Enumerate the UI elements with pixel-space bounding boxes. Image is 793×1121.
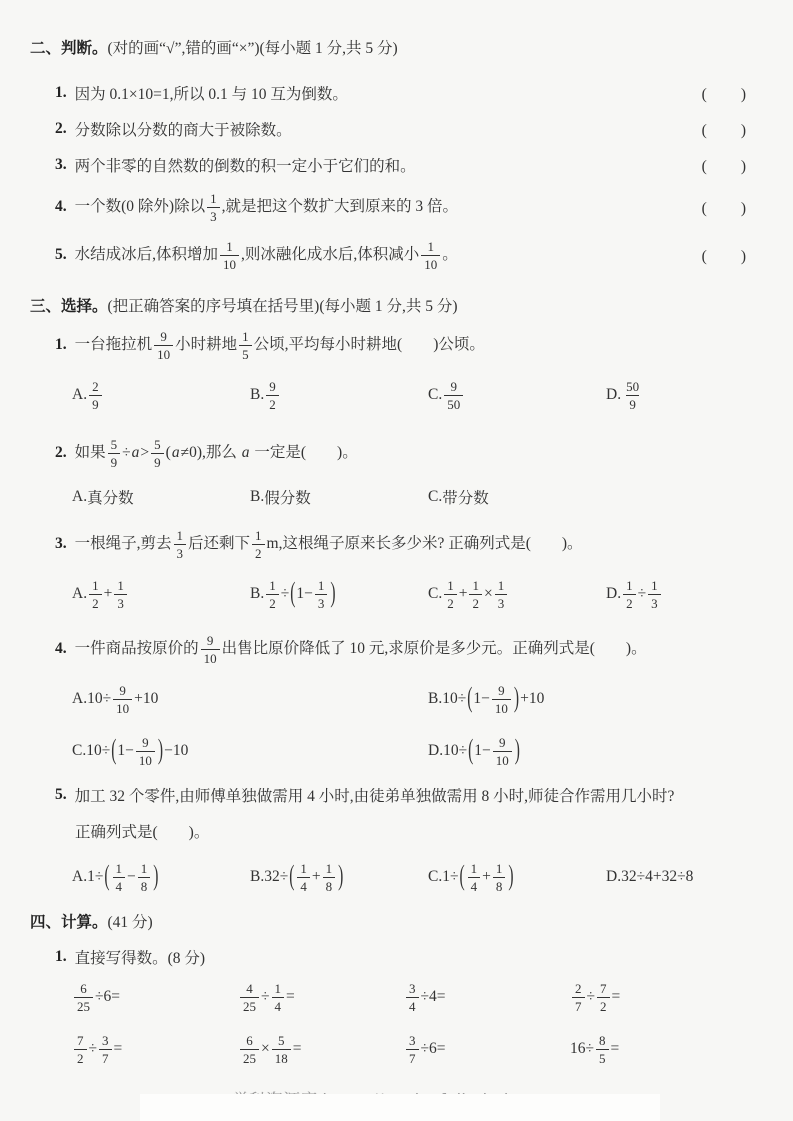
option-c[interactable]: C.950	[428, 379, 606, 412]
section-calculation: 四、计算。(41 分) 1. 直接写得数。(8 分) 625÷6= 425÷14…	[0, 910, 793, 1070]
option-math: 带分数	[442, 486, 489, 508]
option-label: A.	[72, 386, 87, 404]
section-note: (对的画“√”,错的画“×”)(每小题 1 分,共 5 分)	[108, 36, 398, 58]
option-label: B.	[428, 690, 442, 708]
option-label: C.	[428, 386, 442, 404]
choice-question-2: 2. 如果59÷a>59(a≠0),那么 a 一定是( )。 A.真分数 B.假…	[0, 432, 793, 508]
answer-blank[interactable]: ( )	[702, 82, 747, 104]
subsection-number: 1.	[55, 948, 67, 966]
option-c[interactable]: C.12+12×13	[428, 578, 606, 611]
judgment-item-3: 3. 两个非零的自然数的倒数的积一定小于它们的和。 ( )	[55, 154, 793, 176]
option-a[interactable]: A.12+13	[72, 578, 250, 611]
choice-question-1: 1. 一台拖拉机910小时耕地15公顷,平均每小时耕地( )公顷。 A.29 B…	[0, 324, 793, 416]
calc-expression: 625÷6=	[72, 981, 238, 1014]
option-label: C.	[72, 742, 86, 760]
choice-question-5: 5. 加工 32 个零件,由师傅单独做需用 4 小时,由徒弟单独做需用 8 小时…	[0, 784, 793, 898]
item-text: 分数除以分数的商大于被除数。	[75, 118, 702, 140]
option-math: 10÷(1−910)+10	[442, 683, 544, 716]
options-row: A.29 B.92 C.950 D.509	[72, 374, 793, 416]
question-number: 4.	[55, 640, 67, 658]
option-b[interactable]: B.92	[250, 379, 428, 412]
option-label: C.	[428, 488, 442, 506]
section-title: 四、计算。	[30, 910, 108, 932]
item-number: 1.	[55, 84, 67, 102]
judgment-item-1: 1. 因为 0.1×10=1,所以 0.1 与 10 互为倒数。 ( )	[55, 82, 793, 104]
answer-blank[interactable]: ( )	[702, 244, 747, 266]
calc-row-1: 625÷6= 425÷14= 34÷4= 27÷72=	[72, 976, 793, 1018]
calc-expression: 16÷85=	[570, 1033, 619, 1066]
option-label: B.	[250, 386, 264, 404]
option-label: B.	[250, 585, 264, 603]
question-line: 4. 一件商品按原价的910出售比原价降低了 10 元,求原价是多少元。正确列式…	[55, 628, 793, 670]
question-line: 3. 一根绳子,剪去13后还剩下12m,这根绳子原来长多少米? 正确列式是( )…	[55, 523, 793, 565]
item-number: 3.	[55, 156, 67, 174]
option-label: D.	[606, 386, 621, 404]
calc-expression: 37÷6=	[404, 1033, 570, 1066]
question-text: 一件商品按原价的910出售比原价降低了 10 元,求原价是多少元。正确列式是( …	[75, 633, 773, 666]
calc-expression: 625×518=	[238, 1033, 404, 1066]
option-label: A.	[72, 585, 87, 603]
option-math: 10÷(1−910)	[443, 735, 521, 768]
question-number: 1.	[55, 336, 67, 354]
section-title: 三、选择。	[30, 294, 108, 316]
options-row: A.1÷(14−18) B.32÷(14+18) C.1÷(14+18) D.3…	[72, 856, 793, 898]
question-text: 正确列式是( )。	[75, 820, 773, 842]
scan-artifact	[140, 1094, 660, 1121]
option-d[interactable]: D.32÷4+32÷8	[606, 868, 693, 886]
judgment-item-5: 5. 水结成冰后,体积增加110,则冰融化成水后,体积减小110。 ( )	[55, 234, 793, 276]
item-number: 4.	[55, 198, 67, 216]
judgment-header: 二、判断。(对的画“√”,错的画“×”)(每小题 1 分,共 5 分)	[30, 36, 793, 58]
answer-blank[interactable]: ( )	[702, 154, 747, 176]
option-label: B.	[250, 488, 264, 506]
option-label: A.	[72, 868, 87, 886]
section-title: 二、判断。	[30, 36, 108, 58]
option-label: C.	[428, 868, 442, 886]
answer-blank[interactable]: ( )	[702, 196, 747, 218]
option-math: 1÷(14+18)	[442, 861, 514, 894]
option-label: A.	[72, 690, 87, 708]
section-note: (把正确答案的序号填在括号里)(每小题 1 分,共 5 分)	[108, 294, 458, 316]
option-c[interactable]: C.10÷(1−910)−10	[72, 735, 428, 768]
section-judgment: 二、判断。(对的画“√”,错的画“×”)(每小题 1 分,共 5 分) 1. 因…	[0, 36, 793, 276]
option-c[interactable]: C.1÷(14+18)	[428, 861, 606, 894]
option-math: 12+13	[87, 578, 129, 611]
question-line: 1. 一台拖拉机910小时耕地15公顷,平均每小时耕地( )公顷。	[55, 324, 793, 366]
calculation-header: 四、计算。(41 分)	[30, 910, 793, 932]
option-math: 真分数	[87, 486, 134, 508]
option-label: B.	[250, 868, 264, 886]
question-number: 5.	[55, 786, 67, 804]
options-row: A.12+13 B.12÷(1−13) C.12+12×13 D.12÷13	[72, 573, 793, 615]
option-math: 12÷13	[621, 578, 663, 611]
option-math: 950	[442, 379, 465, 412]
option-math: 10÷910+10	[87, 683, 158, 716]
option-label: D.	[606, 868, 621, 886]
choice-question-4: 4. 一件商品按原价的910出售比原价降低了 10 元,求原价是多少元。正确列式…	[0, 628, 793, 772]
option-label: D.	[606, 585, 621, 603]
section-choice: 三、选择。(把正确答案的序号填在括号里)(每小题 1 分,共 5 分) 1. 一…	[0, 294, 793, 898]
question-text: 一根绳子,剪去13后还剩下12m,这根绳子原来长多少米? 正确列式是( )。	[75, 528, 773, 561]
calc-row-2: 72÷37= 625×518= 37÷6= 16÷85=	[72, 1028, 793, 1070]
calc-expression: 34÷4=	[404, 981, 570, 1014]
item-text: 水结成冰后,体积增加110,则冰融化成水后,体积减小110。	[75, 239, 702, 272]
option-b[interactable]: B.假分数	[250, 486, 428, 508]
option-b[interactable]: B.12÷(1−13)	[250, 578, 428, 611]
subsection-text: 直接写得数。(8 分)	[75, 946, 773, 968]
question-number: 3.	[55, 535, 67, 553]
option-d[interactable]: D.10÷(1−910)	[428, 735, 784, 768]
option-math: 29	[87, 379, 104, 412]
option-d[interactable]: D.509	[606, 379, 644, 412]
question-text: 加工 32 个零件,由师傅单独做需用 4 小时,由徒弟单独做需用 8 小时,师徒…	[75, 784, 773, 806]
option-a[interactable]: A.10÷910+10	[72, 683, 428, 716]
calc-expression: 27÷72=	[570, 981, 620, 1014]
worksheet-page: 二、判断。(对的画“√”,错的画“×”)(每小题 1 分,共 5 分) 1. 因…	[0, 0, 793, 1121]
option-math: 假分数	[264, 486, 311, 508]
question-line-continued: 正确列式是( )。	[75, 820, 793, 842]
option-math: 509	[621, 379, 644, 412]
option-a[interactable]: A.29	[72, 379, 250, 412]
option-math: 92	[264, 379, 281, 412]
option-label: A.	[72, 488, 87, 506]
item-number: 2.	[55, 120, 67, 138]
subsection-line: 1. 直接写得数。(8 分)	[55, 946, 793, 968]
item-text: 两个非零的自然数的倒数的积一定小于它们的和。	[75, 154, 702, 176]
options-row: A.真分数 B.假分数 C.带分数	[72, 486, 793, 508]
question-text: 如果59÷a>59(a≠0),那么 a 一定是( )。	[75, 437, 773, 470]
question-number: 2.	[55, 444, 67, 462]
option-label: C.	[428, 585, 442, 603]
options-row: C.10÷(1−910)−10 D.10÷(1−910)	[72, 730, 793, 772]
question-line: 2. 如果59÷a>59(a≠0),那么 a 一定是( )。	[55, 432, 793, 474]
item-number: 5.	[55, 246, 67, 264]
options-row: A.10÷910+10 B.10÷(1−910)+10	[72, 678, 793, 720]
question-text: 一台拖拉机910小时耕地15公顷,平均每小时耕地( )公顷。	[75, 329, 773, 362]
choice-header: 三、选择。(把正确答案的序号填在括号里)(每小题 1 分,共 5 分)	[30, 294, 793, 316]
option-c[interactable]: C.带分数	[428, 486, 489, 508]
option-a[interactable]: A.真分数	[72, 486, 250, 508]
option-math: 12+12×13	[442, 578, 509, 611]
judgment-item-4: 4. 一个数(0 除外)除以13,就是把这个数扩大到原来的 3 倍。 ( )	[55, 186, 793, 228]
calc-expression: 425÷14=	[238, 981, 404, 1014]
option-b[interactable]: B.10÷(1−910)+10	[428, 683, 784, 716]
option-math: 12÷(1−13)	[264, 578, 336, 611]
item-text: 因为 0.1×10=1,所以 0.1 与 10 互为倒数。	[75, 82, 702, 104]
option-a[interactable]: A.1÷(14−18)	[72, 861, 250, 894]
answer-blank[interactable]: ( )	[702, 118, 747, 140]
option-math: 32÷(14+18)	[264, 861, 344, 894]
choice-question-3: 3. 一根绳子,剪去13后还剩下12m,这根绳子原来长多少米? 正确列式是( )…	[0, 523, 793, 615]
question-line: 5. 加工 32 个零件,由师傅单独做需用 4 小时,由徒弟单独做需用 8 小时…	[55, 784, 793, 806]
option-d[interactable]: D.12÷13	[606, 578, 663, 611]
option-math: 32÷4+32÷8	[621, 868, 693, 886]
judgment-item-2: 2. 分数除以分数的商大于被除数。 ( )	[55, 118, 793, 140]
option-math: 1÷(14−18)	[87, 861, 159, 894]
item-text: 一个数(0 除外)除以13,就是把这个数扩大到原来的 3 倍。	[75, 191, 702, 224]
option-label: D.	[428, 742, 443, 760]
calc-expression: 72÷37=	[72, 1033, 238, 1066]
option-b[interactable]: B.32÷(14+18)	[250, 861, 428, 894]
option-math: 10÷(1−910)−10	[86, 735, 188, 768]
section-note: (41 分)	[108, 910, 153, 932]
